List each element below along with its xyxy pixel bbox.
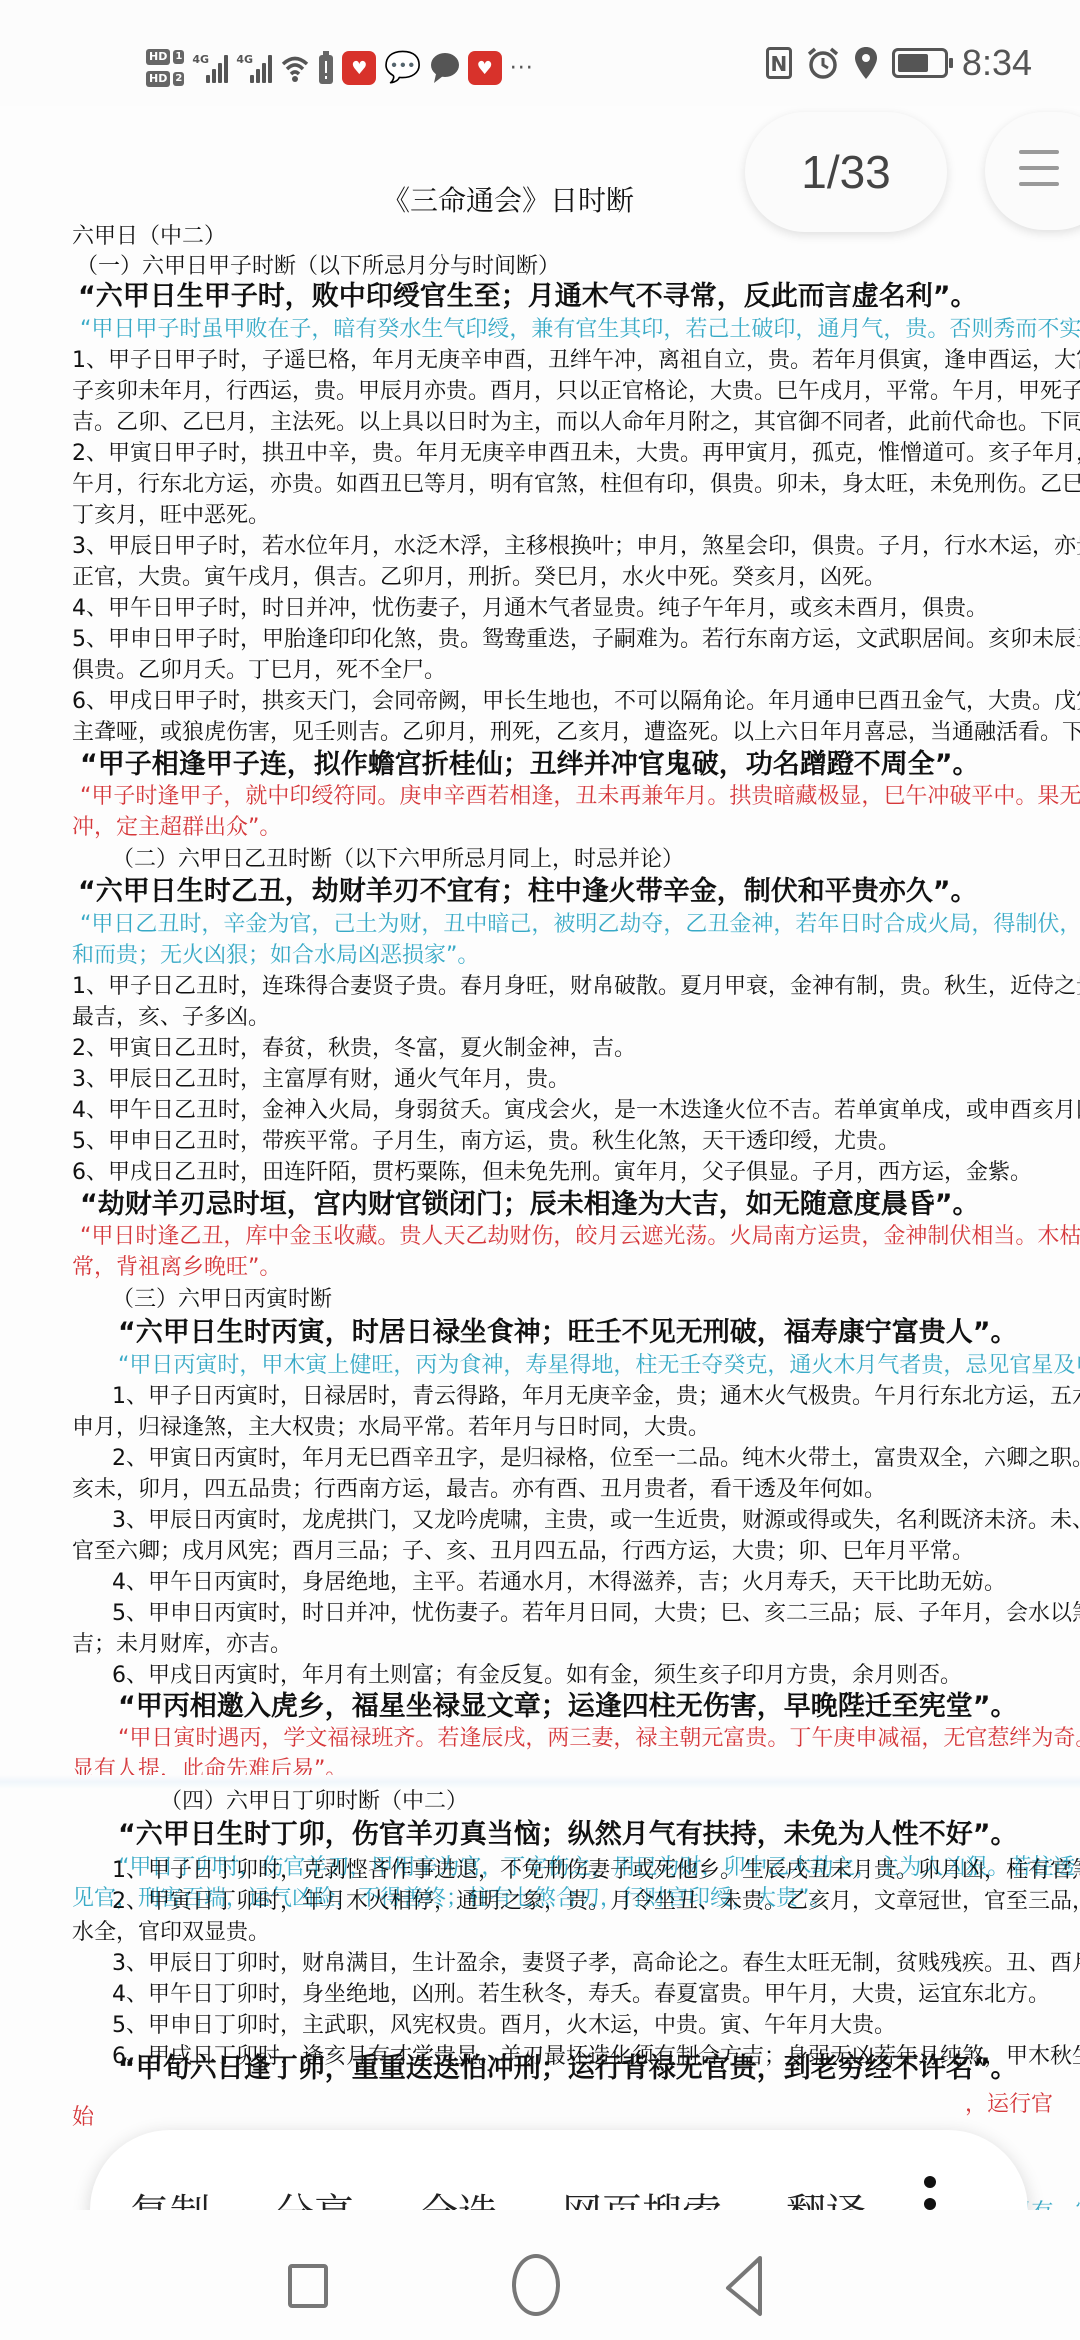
doc-line: 吉；未月财库，亦吉。 [72,1630,292,1660]
doc-line: 丁亥月，旺中恶死。 [72,501,270,531]
doc-line: 4、甲午日甲子时，时日并冲，忧伤妻子，月通木气者显贵。纯子午年月，或亥未酉月，俱… [72,594,988,624]
commentary-line: 常，背祖离乡晚旺”。 [72,1253,281,1283]
section-heading: （三）六甲日丙寅时断 [112,1285,332,1315]
status-bar: HD1 HD2 4G 4G ♥ 💬 ♥ ··· N 8:34 [0,0,1080,106]
message-bubble-icon [430,52,460,84]
doc-line: 1、甲子日丙寅时，日禄居时，青云得路，年月无庚辛金，贵；通木火气极贵。午月行东北… [112,1382,1080,1412]
document-title: 《三命通会》日时断 [382,186,634,216]
page-counter[interactable]: 1/33 [745,112,947,232]
page-divider [0,1775,1080,1789]
commentary-line: 冲，定主超群出众”。 [72,813,281,843]
doc-line: 正官，大贵。寅午戌月，俱吉。乙卯月，刑折。癸巳月，水火中死。癸亥月，凶死。 [72,563,886,593]
doc-line: 六甲日（中二） [72,222,226,252]
signal-4g-icon: 4G [236,53,272,83]
doc-line: 1、甲子日甲子时，子遥巳格，年月无庚辛申酉，丑绊午冲，离祖自立，贵。若年月俱寅，… [72,346,1080,376]
doc-line: 3、甲辰日丙寅时，龙虎拱门，又龙吟虎啸，主贵，或一生近贵，财源或得或失，名利既济… [112,1506,1080,1536]
verse-line: “劫财羊刃忌时垣，宫内财官锁闭门；辰未相逢为大吉，如无随意度晨昏”。 [80,1190,980,1220]
section-heading: （二）六甲日乙丑时断（以下六甲所忌月同上，时忌并论） [112,845,684,875]
commentary-line: “甲日甲子时虽甲败在子，暗有癸水生气印绶，兼有官生其印，若己土破印，通月气，贵。… [80,315,1080,345]
commentary-line: 始 [72,2103,94,2133]
wechat-icon: 💬 [384,53,421,83]
doc-line: 2、甲寅日甲子时，拱丑中辛，贵。年月无庚辛申酉丑未，大贵。再甲寅月，孤克，惟憎道… [72,439,1080,469]
wifi-icon [280,53,310,83]
doc-line: 午月，行东北方运，亦贵。如酉丑巳等月，明有官煞，柱但有印，俱贵。卯未，身太旺，未… [72,470,1080,500]
doc-line: 5、甲申日乙丑时，带疾平常。子月生，南方运，贵。秋生化煞，天干透印绶，尤贵。 [72,1127,900,1157]
verse-line: “甲旬六日逢丁卯，重重迭迭怕冲刑；运行背禄无官贵，到老穷经不许名”。 [118,2054,1018,2084]
doc-line: 2、甲寅日乙丑时，春贫，秋贵，冬富，夏火制金神，吉。 [72,1034,636,1064]
doc-line: 俱贵。乙卯月夭。丁巳月，死不全尸。 [72,656,446,686]
commentary-line: “甲子时逢甲子，就中印绶符同。庚申辛酉若相逢，丑未再兼年月。拱贵暗藏极显，巳午冲… [80,782,1080,812]
hd-sim-icons: HD1 HD2 [146,49,184,87]
doc-line: 吉。乙卯、乙巳月，主法死。以上具以日时为主，而以人命年月附之，其官御不同者，此前… [72,408,1080,438]
doc-line: 1、甲子日乙丑时，连珠得合妻贤子贵。春月身旺，财帛破散。夏月甲衰，金神有制，贵。… [72,972,1080,1002]
commentary-line: “甲日时逢乙丑，库中金玉收藏。贵人天乙劫财伤，皎月云遮光荡。火局南方运贵，金神制… [80,1222,1080,1252]
commentary-line: “甲日丙寅时，甲木寅上健旺，丙为食神，寿星得地，柱无壬夺癸克，通火木月气者贵，忌… [118,1351,1080,1381]
hamburger-menu-icon[interactable] [985,112,1080,230]
clock: 8:34 [962,42,1032,84]
more-notifications-icon: ··· [510,56,534,81]
battery-icon [892,48,948,78]
verse-line: “六甲日生时丙寅，时居日禄坐食神；旺壬不见无刑破，福寿康宁富贵人”。 [118,1318,1018,1348]
doc-line: 5、甲申日甲子时，甲胎逢印印化煞，贵。鸳鸯重迭，子嗣难为。若行东南方运，文武职居… [72,625,1080,655]
doc-line: 4、甲午日乙丑时，金神入火局，身弱贫夭。寅戌会火，是一木迭逢火位不吉。若单寅单戌… [72,1096,1080,1126]
back-button[interactable] [722,2254,766,2318]
hd-sim2-icon: HD2 [146,71,184,87]
commentary-line: ，运行官 [965,2090,1053,2120]
commentary-line: “甲日寅时遇丙，学文福禄班齐。若逢辰戌，两三妻，禄主朝元富贵。丁午庚申减福，无官… [118,1724,1080,1754]
status-left: HD1 HD2 4G 4G ♥ 💬 ♥ ··· [146,38,534,98]
doc-line: 主聋哑，或狼虎伤害，见壬则吉。乙卯月，刑死，乙亥月，遭盗死。以上六日年月喜忌，当… [72,718,1080,748]
doc-line: 4、甲午日丙寅时，身居绝地，主平。若通水月，木得滋养，吉；火月寿夭，天干比助无妨… [112,1568,1006,1598]
verse-line: “甲丙相邀入虎乡，福星坐禄显文章；运逢四柱无伤害，早晚陛迁至宪堂”。 [118,1692,1018,1722]
doc-line: 3、甲辰日丁卯时，财帛满目，生计盈余，妻贤子孝，高命论之。春生太旺无制，贫贱残疾… [112,1949,1080,1979]
nfc-icon: N [766,47,792,79]
verse-line: “六甲日生时乙丑，劫财羊刃不宜有；柱中逢火带辛金，制伏和平贵亦久”。 [78,877,978,907]
recent-apps-button[interactable] [288,2264,328,2308]
hd-sim1-icon: HD1 [146,49,184,65]
doc-line: 亥未，卯月，四五品贵；行西南方运，最吉。亦有酉、丑月贵者，看干透及年何如。 [72,1475,886,1505]
commentary-line: “甲日乙丑时，辛金为官，己土为财，丑中暗己，被明乙劫夺，乙丑金神，若年日时合成火… [80,910,1080,940]
doc-line: 申月，归禄逢煞，主大权贵；水局平常。若年月与日时同，大贵。 [72,1413,710,1443]
signal-4g-icon: 4G [192,53,228,83]
red-app-icon: ♥ [342,51,376,85]
alarm-icon [806,46,840,80]
doc-line: 4、甲午日丁卯时，身坐绝地，凶刑。若生秋冬，寿夭。春夏富贵。甲午月，大贵，运宜东… [112,1980,1050,2010]
doc-line: 6、甲戌日乙丑时，田连阡陌，贯朽粟陈，但未免先刑。寅年月，父子俱显。子月，西方运… [72,1158,1032,1188]
doc-line: 5、甲申日丁卯时，主武职，风宪权贵。酉月，火木运，中贵。寅、午年月大贵。 [112,2011,896,2041]
doc-line: 6、甲戌日甲子时，拱亥天门，会同帝阙，甲长生地也，不可以隔角论。年月通申巳酉丑金… [72,687,1080,717]
section-heading: （四）六甲日丁卯时断（中二） [160,1787,468,1817]
doc-line: 5、甲申日丙寅时，时日并冲，忧伤妻子。若年月日同，大贵；巳、亥二三品；辰、子年月… [112,1599,1080,1629]
doc-line: 3、甲辰日乙丑时，主富厚有财，通火气年月，贵。 [72,1065,570,1095]
doc-line: 水全，官印双显贵。 [72,1918,270,1948]
red-app-icon: ♥ [468,51,502,85]
section-heading: （一）六甲日甲子时断（以下所忌月分与时间断） [76,252,560,282]
home-button[interactable] [512,2254,560,2316]
doc-line: 3、甲辰日甲子时，若水位年月，水泛木浮，主移根换叶；申月，煞星会印，俱贵。子月，… [72,532,1080,562]
status-right: N 8:34 [766,42,1032,84]
doc-line: 1、甲子日丁卯时，克剥悭吝作事进退，不免刑伤妻子或死他乡。生辰戌丑未月贵。卯月凶… [112,1856,1080,1886]
location-icon [854,46,878,80]
verse-line: “六甲日生时丁卯，伤官羊刃真当恼；纵然月气有扶持，未免为人性不好”。 [118,1820,1018,1850]
doc-line: 2、甲寅日丁卯时，年月木火相停，通明之象，贵。月令坐丑、未贵。乙亥月，文章冠世，… [112,1887,1080,1917]
doc-line: 6、甲戌日丙寅时，年月有土则富；有金反复。如有金，须生亥子印月方贵，余月则否。 [112,1661,962,1691]
commentary-line: 和而贵；无火凶狠；如合水局凶恶损家”。 [72,941,479,971]
battery-alert-icon [318,51,334,85]
doc-line: 子亥卯未年月，行西运，贵。甲辰月亦贵。酉月，只以正官格论，大贵。巳午戌月，平常。… [72,377,1080,407]
verse-line: “六甲日生甲子时，败中印绶官生至；月通木气不寻常，反此而言虚名利”。 [78,282,978,312]
doc-line: 官至六卿；戌月风宪；酉月三品；子、亥、丑月四五品，行西方运，大贵；卯、巳年月平常… [72,1537,974,1567]
doc-line: 最吉，亥、子多凶。 [72,1003,270,1033]
verse-line: “甲子相逢甲子连，拟作蟾宫折桂仙；丑绊并冲官鬼破，功名蹭蹬不周全”。 [80,750,980,780]
doc-line: 2、甲寅日丙寅时，年月无巳酉辛丑字，是归禄格，位至一二品。纯木火带土，富贵双全，… [112,1444,1080,1474]
